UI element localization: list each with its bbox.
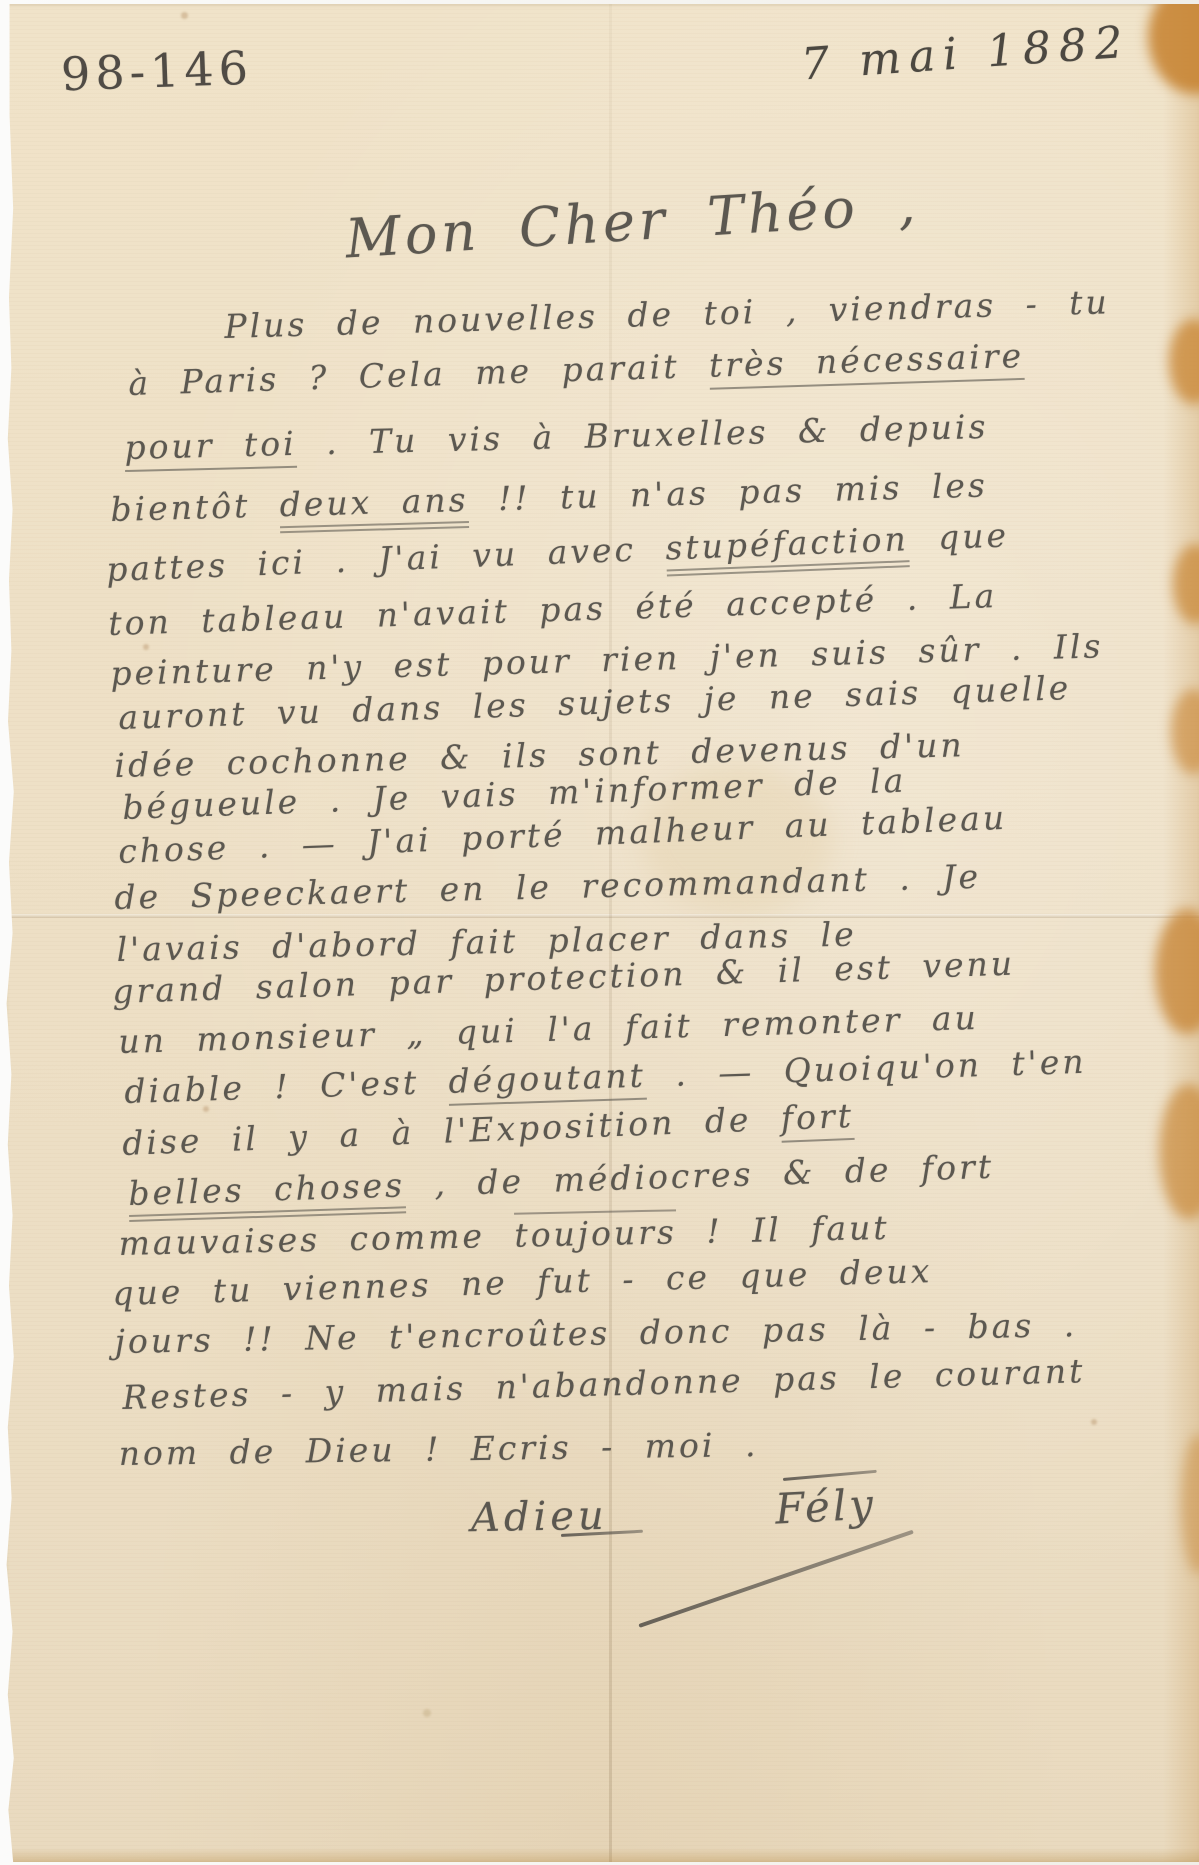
stain — [1148, 0, 1199, 94]
letter-line-segment: . — Quoiqu'on t'en — [645, 1042, 1087, 1095]
letter-date: 7 mai 1882 — [800, 17, 1133, 91]
letter-line-segment: très nécessaire — [708, 336, 1024, 390]
letter-line-segment: stupéfaction — [665, 519, 910, 576]
letter-line-segment: !! tu n'as pas mis les — [468, 466, 988, 519]
letter-line: à Paris ? Cela me parait très nécessaire — [128, 336, 1025, 403]
letter-paper: 98-146 7 mai 1882 Mon Cher Théo , Plus d… — [3, 4, 1199, 1862]
letter-line: nom de Dieu ! Ecris - moi . — [118, 1425, 758, 1473]
foxing-spot — [143, 644, 149, 650]
letter-line-segment: que — [908, 515, 1010, 558]
bottom-edge-browning — [3, 1848, 1199, 1862]
letter-line-segment: deux ans — [279, 480, 469, 533]
letter-line-segment: Restes - y mais n'abandonne pas le coura… — [122, 1351, 1086, 1417]
letter-line-segment: pattes ici . J'ai vu avec — [106, 529, 667, 589]
letter-line-segment: mauvaises comme — [118, 1216, 515, 1263]
letter-line-segment: , de médiocres & de fort — [404, 1147, 994, 1204]
letter-line: pour toi . Tu vis à Bruxelles & depuis — [124, 407, 989, 467]
stain — [1155, 909, 1199, 1034]
letter-line-segment: bientôt — [110, 485, 280, 529]
letter-line-segment: belles choses — [128, 1165, 406, 1222]
letter-line-segment: dise il y a à l'Exposition de — [122, 1099, 782, 1163]
letter-line-segment: dégoutant — [448, 1056, 647, 1106]
signature-name: Fély — [774, 1479, 877, 1533]
letter-line: jours !! Ne t'encroûtes donc pas là - ba… — [114, 1305, 1077, 1361]
signature-flourish-stroke — [638, 1530, 914, 1628]
foxing-spot — [181, 12, 188, 19]
archive-number: 98-146 — [60, 41, 254, 102]
letter-line: bientôt deux ans !! tu n'as pas mis les — [110, 466, 988, 529]
letter-line-segment: nom de Dieu ! Ecris - moi . — [118, 1425, 758, 1473]
foxing-spot — [423, 1709, 431, 1717]
letter-line-segment: fort — [780, 1096, 855, 1143]
letter-line: Restes - y mais n'abandonne pas le coura… — [122, 1351, 1086, 1417]
salutation: Mon Cher Théo , — [344, 173, 921, 271]
letter-line-segment: à Paris ? Cela me parait — [128, 346, 710, 403]
letter-line-segment: . Tu vis à Bruxelles & depuis — [296, 407, 989, 463]
letter-line: pattes ici . J'ai vu avec stupéfaction q… — [106, 515, 1010, 589]
foxing-spot — [1091, 1419, 1097, 1425]
letter-line-segment: ! Il faut — [676, 1208, 890, 1251]
letter-line-segment: diable ! C'est — [124, 1062, 449, 1111]
scanned-letter: 98-146 7 mai 1882 Mon Cher Théo , Plus d… — [0, 0, 1199, 1865]
letter-line-segment: toujours — [514, 1209, 677, 1254]
letter-line-segment: pour toi — [124, 424, 297, 472]
letter-line-segment: jours !! Ne t'encroûtes donc pas là - ba… — [114, 1305, 1077, 1361]
